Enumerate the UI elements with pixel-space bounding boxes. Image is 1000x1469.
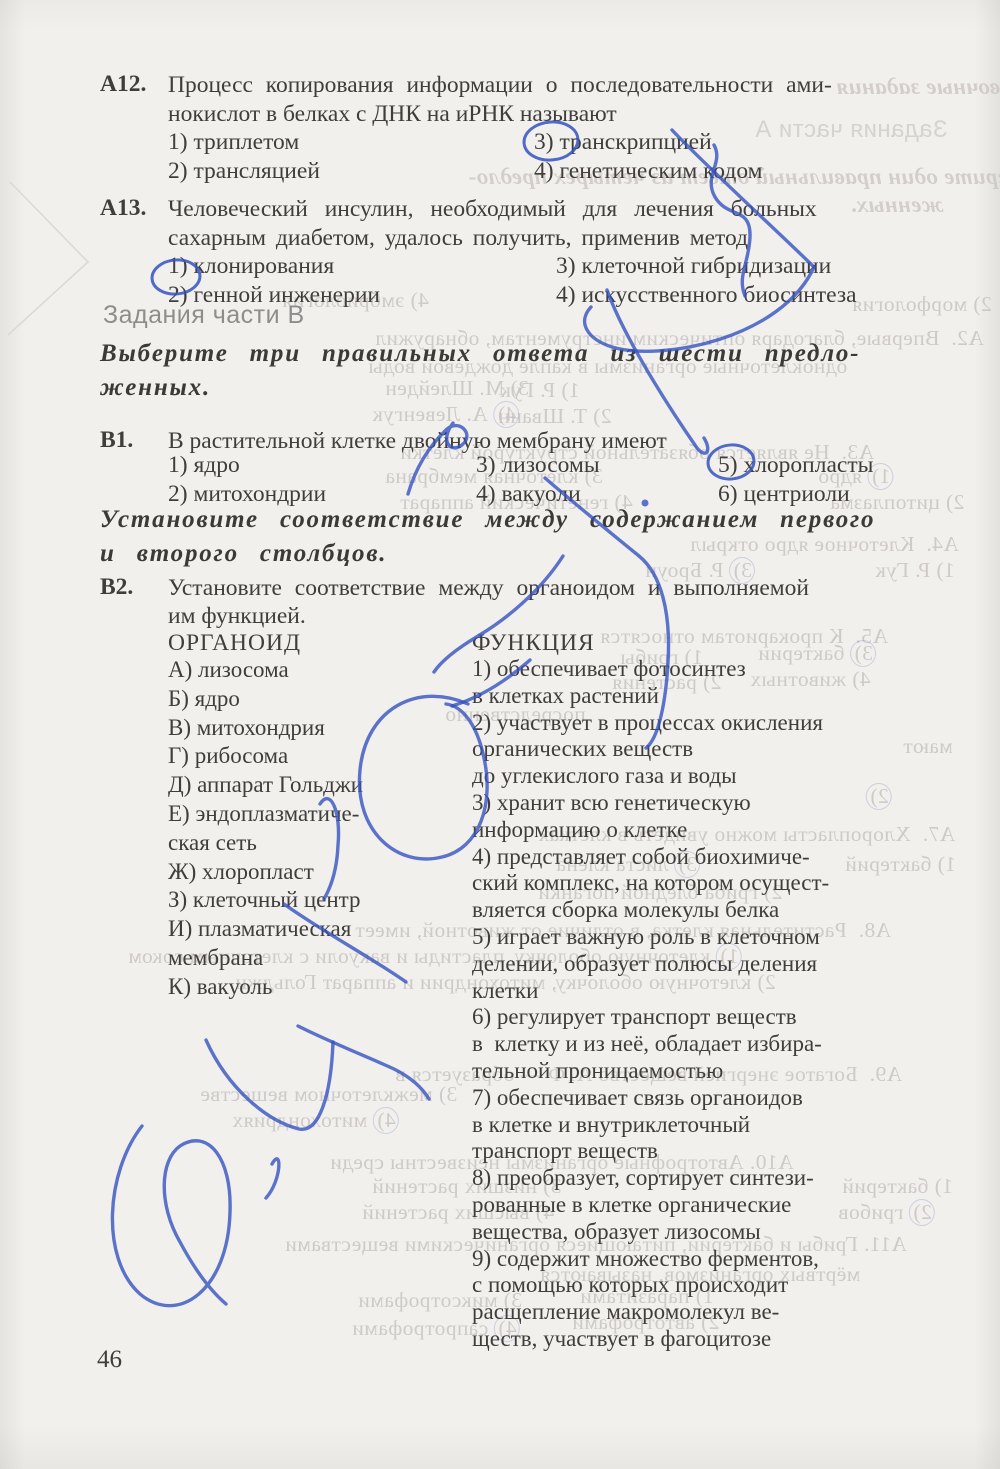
text-line: 8) преобразует, сортирует синтези- <box>472 1165 829 1192</box>
bleed-text: Задания части А <box>755 116 947 144</box>
text-line: вещества, образует лизосомы <box>472 1219 829 1246</box>
bleed-text: 4) А. Левенгук <box>372 402 519 427</box>
text-line: К) вакуоль <box>168 973 363 1002</box>
text-line: 7) обеспечивает связь органоидов <box>472 1085 829 1112</box>
a12-option-1: 1) триплетом <box>168 128 299 156</box>
bleed-circled-answer: 3) <box>850 640 876 667</box>
question-b2-line1: Установите соответствие между органоидом… <box>168 574 809 602</box>
text-line: мембрана <box>168 944 363 973</box>
text-line: информацию о клетке <box>472 817 829 844</box>
text-line: в клетку и из неё, обладает избира- <box>472 1031 829 1058</box>
b1-option-1: 1) ядро <box>168 451 240 479</box>
b1-option-6: 6) центриоли <box>718 480 850 508</box>
text-line: Е) эндоплазматиче- <box>168 800 363 829</box>
bleed-text: 2) <box>866 784 892 809</box>
text-line: рованные в клетке органические <box>472 1192 829 1219</box>
text-line: с помощью которых происходит <box>472 1272 829 1299</box>
text-line: В) митохондрия <box>168 714 363 743</box>
b2-function-list: 1) обеспечивает фотосинтезв клетках раст… <box>472 656 829 1353</box>
text-line: Г) рибосома <box>168 742 363 771</box>
text-line: 9) содержит множество ферментов, <box>472 1246 829 1273</box>
text-line: 1) обеспечивает фотосинтез <box>472 656 829 683</box>
bleed-text: 1) Р. Гук <box>875 558 955 583</box>
a13-option-1: 1) клонирования <box>168 252 334 280</box>
instruction-match-line1: Установите соответствие между содержание… <box>100 506 875 534</box>
text-line: 5) играет важную роль в клеточном <box>472 924 829 951</box>
bleed-text: 3) М. Шлейден <box>385 376 529 401</box>
text-line: 6) регулирует транспорт веществ <box>472 1004 829 1031</box>
question-a12-number: А12. <box>100 71 146 98</box>
question-b2-line2: им функцией. <box>168 602 306 630</box>
a12-option-4: 4) генетическим кодом <box>534 157 763 185</box>
text-line: 3) хранит всю генетическую <box>472 790 829 817</box>
text-line: делении, образует полюсы деления <box>472 951 829 978</box>
bleed-text: 2) морфология <box>852 292 992 317</box>
text-line: ский комплекс, на котором осущест- <box>472 870 829 897</box>
text-line: в клетках растений <box>472 683 829 710</box>
bleed-circled-answer: 4) <box>494 401 520 428</box>
b2-left-column-header: ОРГАНОИД <box>168 630 301 657</box>
b1-option-2: 2) митохондрии <box>168 480 326 508</box>
scanned-workbook-page: Тренировочные заданияЗадания части АВыбе… <box>0 0 1000 1469</box>
bleed-text: 3) межклеточном веществе <box>200 1082 457 1107</box>
a13-option-3: 3) клеточной гибридизации <box>556 252 831 280</box>
bleed-text: 1) бактерий <box>842 1174 953 1199</box>
page-number: 46 <box>97 1346 122 1374</box>
text-line: Ж) хлоропласт <box>168 858 363 887</box>
part-b-section-header: Задания части В <box>103 301 305 330</box>
question-a13-line2: сахарным диабетом, удалось получить, при… <box>168 224 748 252</box>
b1-option-5: 5) хлоропласты <box>718 451 873 479</box>
text-line: до углекислого газа и воды <box>472 763 829 790</box>
question-a13-number: А13. <box>100 195 146 222</box>
text-line: 4) представляет собой биохимиче- <box>472 844 829 871</box>
bleed-text: 4) митохондриях <box>232 1108 399 1133</box>
a12-option-2: 2) трансляцией <box>168 157 320 185</box>
bleed-circled-answer: 2) <box>909 1199 935 1226</box>
question-a12-line1: Процесс копирования информации о последо… <box>168 71 832 99</box>
b2-organoid-list: А) лизосомаБ) ядроВ) митохондрияГ) рибос… <box>168 656 363 1002</box>
bleed-text: женных. <box>850 192 943 218</box>
a13-option-4: 4) искусственного биосинтеза <box>556 281 857 309</box>
text-line: тельной проницаемостью <box>472 1058 829 1085</box>
bleed-circled-answer: 2) <box>866 783 892 810</box>
bleed-text: мают <box>903 734 953 759</box>
b2-right-column-header: ФУНКЦИЯ <box>472 630 595 657</box>
instruction-choose-three-line2: женных. <box>100 374 211 402</box>
bleed-circled-answer: 4) <box>373 1107 399 1134</box>
question-b2-number: В2. <box>100 574 133 601</box>
text-line: 2) участвует в процессах окисления <box>472 710 829 737</box>
text-line: вляется сборка молекулы белка <box>472 897 829 924</box>
text-line: в клетке и внутриклеточный <box>472 1112 829 1139</box>
text-line: И) плазматическая <box>168 915 363 944</box>
b1-option-4: 4) вакуоли <box>476 480 581 508</box>
question-a13-line1: Человеческий инсулин, необходимый для ле… <box>168 195 817 223</box>
instruction-choose-three-line1: Выберите три правильных ответа из шести … <box>100 340 860 368</box>
question-b1-number: В1. <box>100 427 133 454</box>
text-line: клетки <box>472 978 829 1005</box>
text-line: ществ, участвует в фагоцитозе <box>472 1326 829 1353</box>
text-line: А) лизосома <box>168 656 363 685</box>
text-line: органических веществ <box>472 736 829 763</box>
bleed-text: А4. Клеточное ядро открыл <box>690 532 959 557</box>
text-line: ская сеть <box>168 829 363 858</box>
a12-option-3: 3) транскрипцией <box>534 128 712 156</box>
text-line: расщепление макромолекул ве- <box>472 1299 829 1326</box>
text-line: Д) аппарат Гольджи <box>168 771 363 800</box>
instruction-match-line2: и второго столбцов. <box>100 540 387 568</box>
text-line: Б) ядро <box>168 685 363 714</box>
bleed-text: 2) грибов <box>838 1200 935 1225</box>
b1-option-3: 3) лизосомы <box>476 451 600 479</box>
question-a12-line2: нокислот в белках с ДНК на иРНК называют <box>168 100 617 128</box>
bleed-text: 1) бактерий <box>845 852 956 877</box>
text-line: З) клеточный центр <box>168 886 363 915</box>
bleed-text: Тренировочные задания <box>836 74 1000 100</box>
text-line: транспорт веществ <box>472 1138 829 1165</box>
